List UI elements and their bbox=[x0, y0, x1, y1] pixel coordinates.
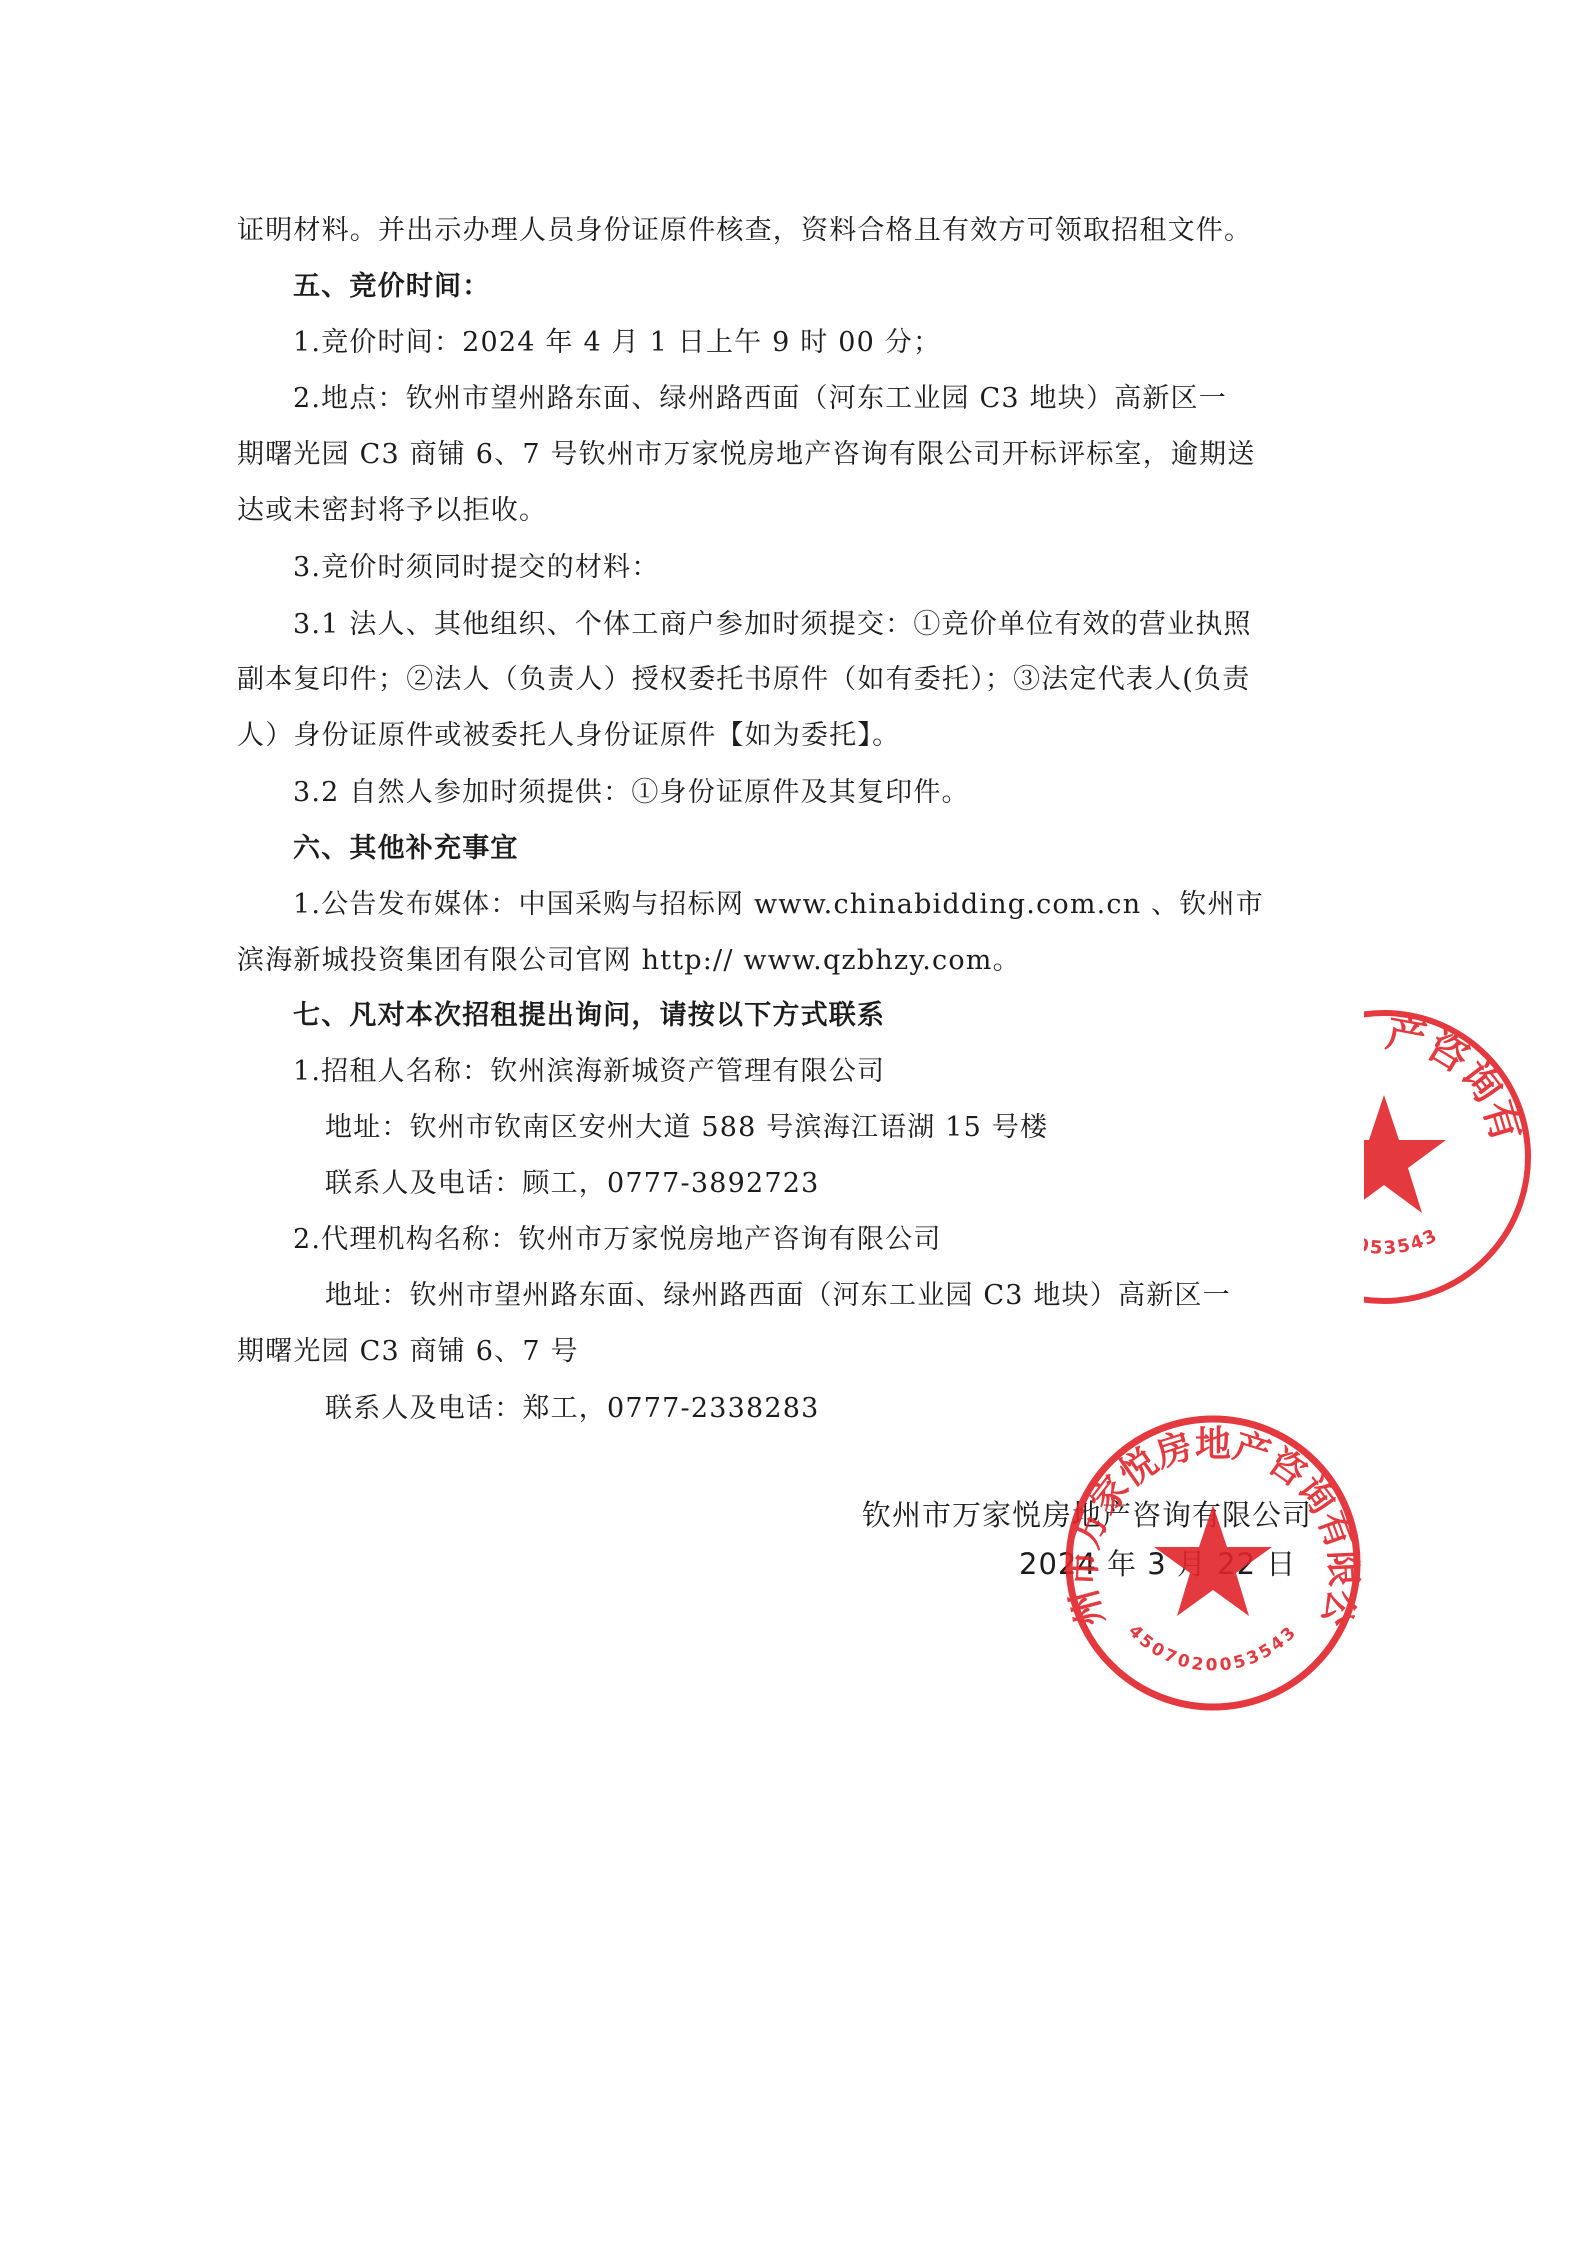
paragraph-line: 副本复印件；②法人（负责人）授权委托书原件（如有委托）；③法定代表人(负责 bbox=[237, 662, 1250, 698]
paragraph-line: 期曙光园 C3 商铺 6、7 号 bbox=[237, 1334, 579, 1370]
paragraph-line: 达或未密封将予以拒收。 bbox=[237, 493, 547, 529]
paragraph-line: 2.地点：钦州市望州路东面、绿州路西面（河东工业园 C3 地块）高新区一 bbox=[293, 381, 1227, 417]
section-heading-5: 五、竞价时间： bbox=[293, 269, 490, 305]
paragraph-line: 3.2 自然人参加时须提供：①身份证原件及其复印件。 bbox=[293, 775, 970, 811]
paragraph-line: 证明材料。并出示办理人员身份证原件核查，资料合格且有效方可领取招租文件。 bbox=[237, 213, 1252, 249]
paragraph-line: 地址：钦州市望州路东面、绿州路西面（河东工业园 C3 地块）高新区一 bbox=[325, 1278, 1231, 1314]
paragraph-line: 2.代理机构名称：钦州市万家悦房地产咨询有限公司 bbox=[293, 1222, 942, 1258]
paragraph-line: 3.竞价时须同时提交的材料： bbox=[293, 550, 660, 586]
section-heading-7: 七、凡对本次招租提出询问，请按以下方式联系 bbox=[293, 998, 885, 1034]
paragraph-line: 人）身份证原件或被委托人身份证原件【如为委托】。 bbox=[237, 718, 900, 754]
paragraph-line: 3.1 法人、其他组织、个体工商户参加时须提交：①竞价单位有效的营业执照 bbox=[293, 607, 1252, 643]
document-page: 证明材料。并出示办理人员身份证原件核查，资料合格且有效方可领取招租文件。 五、竞… bbox=[0, 0, 1586, 2242]
paragraph-line: 期曙光园 C3 商铺 6、7 号钦州市万家悦房地产咨询有限公司开标评标室，逾期送 bbox=[237, 437, 1256, 473]
paragraph-line: 地址：钦州市钦南区安州大道 588 号滨海江语湖 15 号楼 bbox=[325, 1110, 1048, 1146]
partial-seal-icon: 产咨询有限公司 20053543 bbox=[1234, 1007, 1534, 1307]
paragraph-line: 联系人及电话：顾工，0777-3892723 bbox=[325, 1166, 819, 1202]
svg-text:20053543: 20053543 bbox=[1326, 1225, 1442, 1259]
section-heading-6: 六、其他补充事宜 bbox=[293, 831, 519, 867]
paragraph-line: 联系人及电话：郑工，0777-2338283 bbox=[325, 1391, 819, 1427]
paragraph-line: 1.招租人名称：钦州滨海新城资产管理有限公司 bbox=[293, 1054, 885, 1090]
paragraph-line: 1.竞价时间：2024 年 4 月 1 日上午 9 时 00 分； bbox=[293, 325, 941, 361]
paragraph-line: 滨海新城投资集团有限公司官网 http:// www.qzbhzy.com。 bbox=[237, 943, 1021, 979]
svg-text:4507020053543: 4507020053543 bbox=[1124, 1621, 1302, 1675]
official-seal-icon: 钦州市万家悦房地产咨询有限公司 4507020053543 bbox=[1063, 1413, 1363, 1713]
paragraph-line: 1.公告发布媒体：中国采购与招标网 www.chinabidding.com.c… bbox=[293, 887, 1264, 923]
